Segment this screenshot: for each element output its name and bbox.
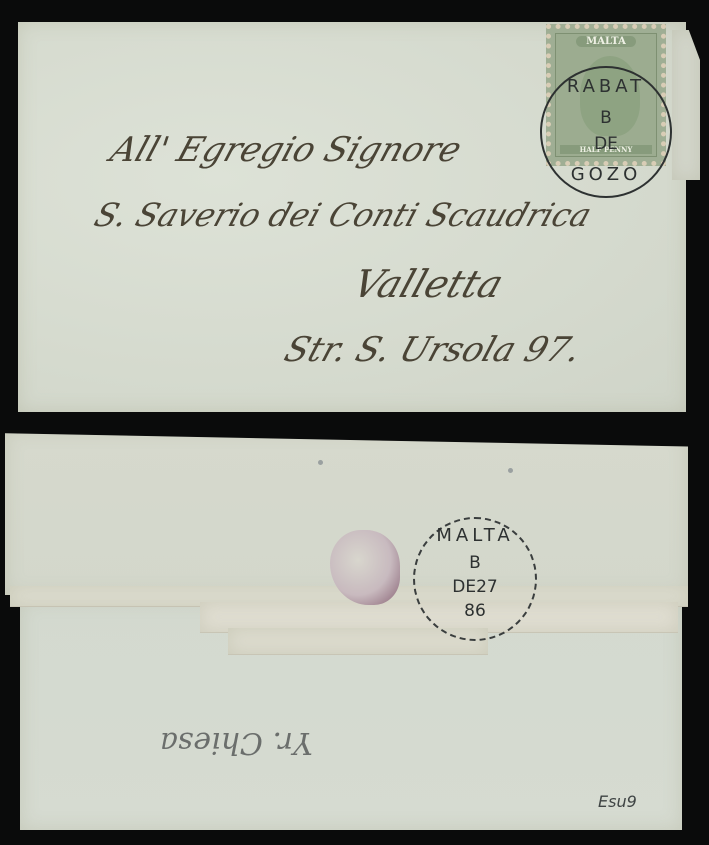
pencil-reference: Esu9: [598, 792, 637, 811]
postmark-letter: B: [415, 553, 535, 573]
postmark-town: RABAT: [542, 76, 670, 97]
address-line-4: Str. S. Ursola 97.: [280, 330, 587, 370]
postmark-letter: B: [542, 108, 670, 128]
postmark-year: 86: [415, 601, 535, 621]
postmark-region: GOZO: [542, 164, 670, 185]
front-postmark: RABAT B DE GOZO: [540, 66, 672, 198]
stamp-country: MALTA: [576, 36, 636, 47]
address-line-2: S. Saverio dei Conti Scaudrica: [90, 196, 596, 234]
postmark-date: DE: [542, 134, 670, 154]
letter-front-flap: [672, 30, 700, 180]
pencil-note-inverted: Yr. Chiesa: [160, 725, 313, 760]
paper-spot: [318, 460, 323, 465]
paper-spot: [508, 468, 513, 473]
postmark-town: MALTA: [415, 525, 535, 546]
address-line-3: Valletta: [348, 262, 509, 306]
postmark-date: DE27: [415, 577, 535, 597]
address-line-1: All' Egregio Signore: [106, 130, 467, 170]
back-postmark: MALTA B DE27 86: [413, 517, 537, 641]
